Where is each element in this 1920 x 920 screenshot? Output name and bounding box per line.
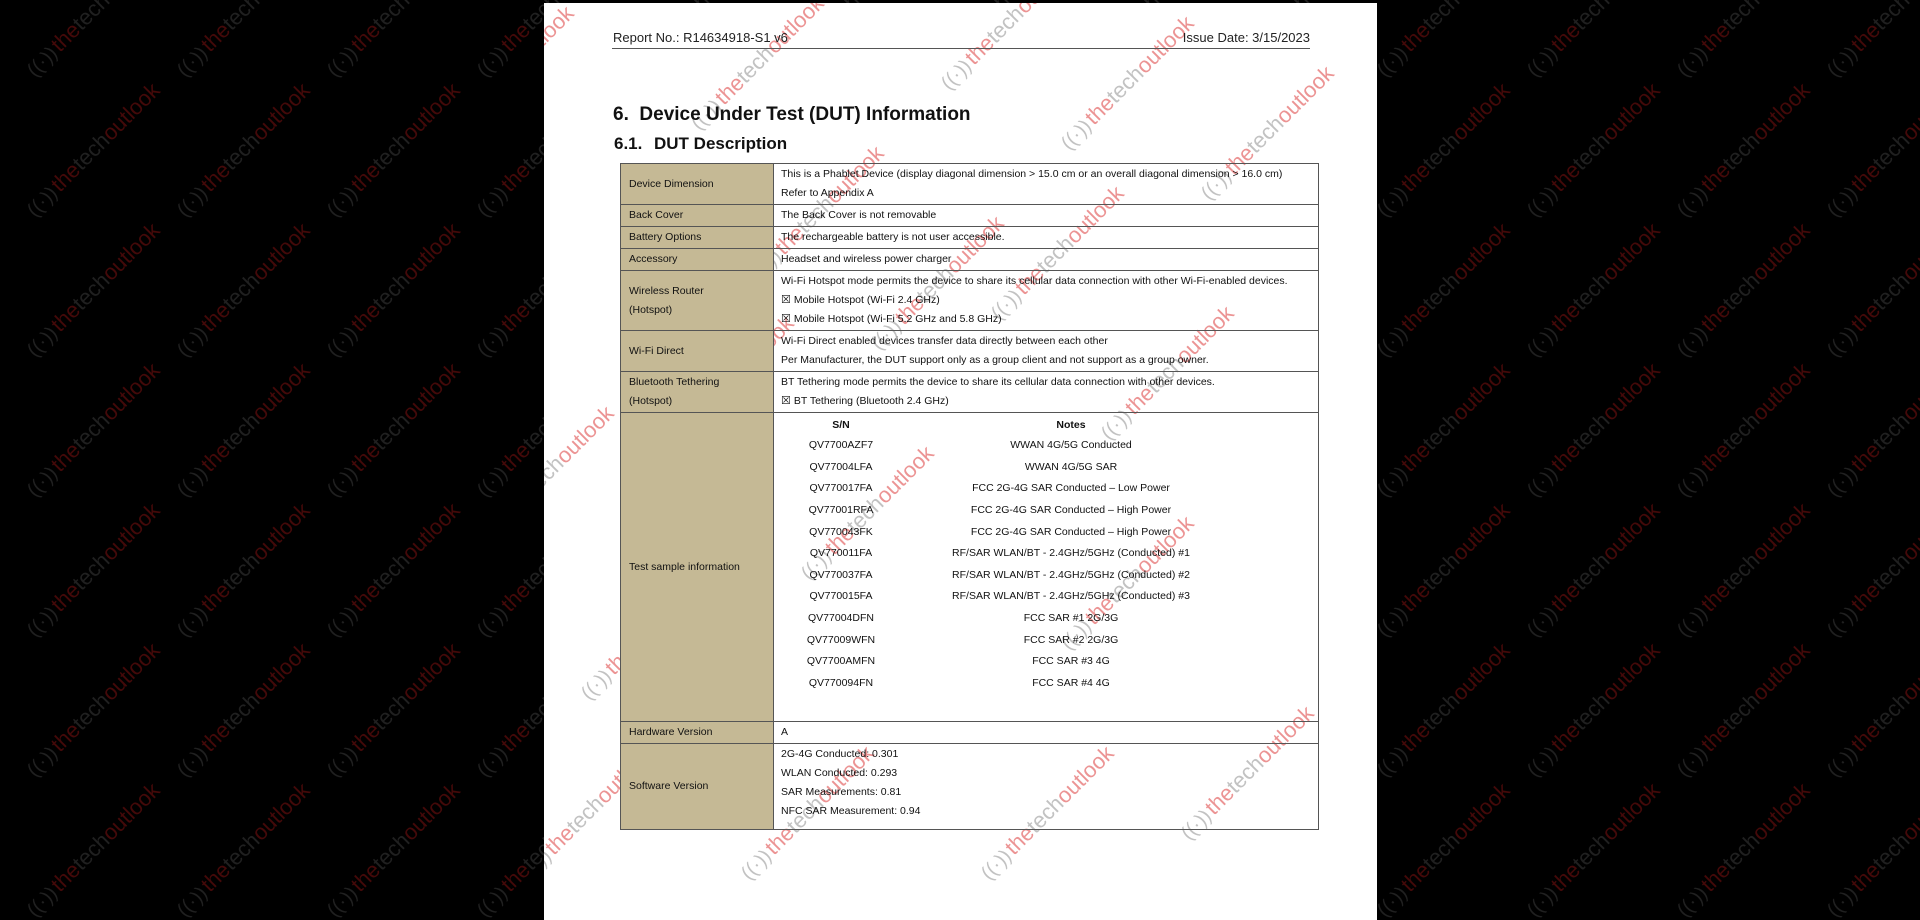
sample-notes: FCC 2G-4G SAR Conducted – Low Power <box>901 478 1311 500</box>
wireless-signal-icon: ((·)) <box>1373 602 1412 641</box>
watermark: ((·))thetechoutlook <box>1371 778 1516 920</box>
wireless-signal-icon: ((·)) <box>323 462 362 501</box>
checkbox-option: ☒Mobile Hotspot (Wi-Fi 5.2 GHz and 5.8 G… <box>781 310 1311 329</box>
wireless-signal-icon: ((·)) <box>1673 42 1712 81</box>
wireless-signal-icon: ((·)) <box>1523 182 1562 221</box>
option-label: BT Tethering (Bluetooth 2.4 GHz) <box>794 395 949 407</box>
sample-table: S/N Notes QV7700AZF7WWAN 4G/5G Conducted… <box>781 416 1311 694</box>
dut-description-table: Device Dimension This is a Phablet Devic… <box>620 163 1319 830</box>
wireless-signal-icon: ((·)) <box>323 322 362 361</box>
column-header-sn: S/N <box>781 416 901 435</box>
sample-sn: QV770037FA <box>781 565 901 587</box>
value-line: Wi-Fi Hotspot mode permits the device to… <box>781 272 1311 291</box>
row-value: S/N Notes QV7700AZF7WWAN 4G/5G Conducted… <box>774 413 1319 722</box>
table-row-battery-options: Battery Options The rechargeable battery… <box>621 227 1319 249</box>
wireless-signal-icon: ((·)) <box>1673 182 1712 221</box>
watermark: ((·))thetechoutlook <box>1671 0 1816 82</box>
sample-sn: QV770015FA <box>781 586 901 608</box>
watermark: ((·))thetechoutlook <box>21 498 166 643</box>
sample-notes: FCC 2G-4G SAR Conducted – High Power <box>901 521 1311 543</box>
watermark: ((·))thetechoutlook <box>1521 0 1666 82</box>
watermark: ((·))thetechoutlook <box>1521 638 1666 783</box>
wireless-signal-icon: ((·)) <box>173 42 212 81</box>
sample-sn: QV7700AMFN <box>781 651 901 673</box>
sample-row: QV770037FARF/SAR WLAN/BT - 2.4GHz/5GHz (… <box>781 565 1311 587</box>
watermark: ((·))thetechoutlook <box>1521 358 1666 503</box>
watermark: ((·))thetechoutlook <box>1371 0 1516 82</box>
sample-sn: QV77004LFA <box>781 457 901 479</box>
value-line: NFC SAR Measurement: 0.94 <box>781 802 1311 821</box>
row-value: BT Tethering mode permits the device to … <box>774 372 1319 413</box>
document-page: ((·))thetechoutlook((·))thetechoutlook((… <box>544 3 1377 920</box>
watermark: ((·))thetechoutlook <box>1371 358 1516 503</box>
value-line: SAR Measurements: 0.81 <box>781 783 1311 802</box>
sample-sn: QV770094FN <box>781 673 901 695</box>
wireless-signal-icon: ((·)) <box>323 42 362 81</box>
sample-notes: RF/SAR WLAN/BT - 2.4GHz/5GHz (Conducted)… <box>901 543 1311 565</box>
watermark: ((·))thetechoutlook <box>1671 498 1816 643</box>
sample-notes: FCC SAR #1 2G/3G <box>901 608 1311 630</box>
wireless-signal-icon: ((·)) <box>1673 742 1712 781</box>
wireless-signal-icon: ((·)) <box>23 462 62 501</box>
watermark: ((·))thetechoutlook <box>21 638 166 783</box>
watermark: ((·))thetechoutlook <box>1521 218 1666 363</box>
value-line: WLAN Conducted: 0.293 <box>781 764 1311 783</box>
column-header-notes: Notes <box>901 416 1311 435</box>
watermark: ((·))thetechoutlook <box>1521 778 1666 920</box>
wireless-signal-icon: ((·)) <box>23 42 62 81</box>
watermark: ((·))thetechoutlook <box>171 638 316 783</box>
table-row-wireless-router: Wireless Router (Hotspot) Wi-Fi Hotspot … <box>621 271 1319 331</box>
watermark: ((·))thetechoutlook <box>1821 778 1920 920</box>
watermark: ((·))thetechoutlook <box>321 358 466 503</box>
wireless-signal-icon: ((·)) <box>1673 462 1712 501</box>
subsection-number: 6.1. <box>614 134 654 154</box>
row-label: Wireless Router (Hotspot) <box>621 271 774 331</box>
watermark: ((·))thetechoutlook <box>1521 78 1666 223</box>
sample-row: QV770043FKFCC 2G-4G SAR Conducted – High… <box>781 521 1311 543</box>
issue-date: Issue Date: 3/15/2023 <box>1183 30 1310 45</box>
wireless-signal-icon: ((·)) <box>1673 322 1712 361</box>
watermark: ((·))thetechoutlook <box>321 218 466 363</box>
row-label: Device Dimension <box>621 164 774 205</box>
checkbox-option: ☒Mobile Hotspot (Wi-Fi 2.4 GHz) <box>781 291 1311 310</box>
sample-notes: FCC SAR #4 4G <box>901 673 1311 695</box>
label-line: Bluetooth Tethering <box>629 373 765 392</box>
sample-row: QV770011FARF/SAR WLAN/BT - 2.4GHz/5GHz (… <box>781 543 1311 565</box>
table-row-accessory: Accessory Headset and wireless power cha… <box>621 249 1319 271</box>
row-label: Accessory <box>621 249 774 271</box>
option-label: Mobile Hotspot (Wi-Fi 2.4 GHz) <box>794 294 940 306</box>
wireless-signal-icon: ((·)) <box>173 742 212 781</box>
sample-notes: RF/SAR WLAN/BT - 2.4GHz/5GHz (Conducted)… <box>901 586 1311 608</box>
wireless-signal-icon: ((·)) <box>473 742 512 781</box>
watermark: ((·))thetechoutlook <box>1671 218 1816 363</box>
watermark: ((·))thetechoutlook <box>321 778 466 920</box>
watermark: ((·))thetechoutlook <box>21 0 166 82</box>
watermark: ((·))thetechoutlook <box>171 778 316 920</box>
wireless-signal-icon: ((·)) <box>473 882 512 920</box>
watermark: ((·))thetechoutlook <box>321 498 466 643</box>
sample-table-header: S/N Notes <box>781 416 1311 435</box>
watermark: ((·))thetechoutlook <box>1371 78 1516 223</box>
wireless-signal-icon: ((·)) <box>1823 182 1862 221</box>
wireless-signal-icon: ((·)) <box>23 322 62 361</box>
watermark: ((·))thetechoutlook <box>1371 498 1516 643</box>
row-label: Test sample information <box>621 413 774 722</box>
watermark: ((·))thetechoutlook <box>171 218 316 363</box>
watermark: ((·))thetechoutlook <box>1671 78 1816 223</box>
wireless-signal-icon: ((·)) <box>173 602 212 641</box>
watermark: ((·))thetechoutlook <box>1821 0 1920 82</box>
label-line: Wireless Router <box>629 282 765 301</box>
table-row-hardware-version: Hardware Version A <box>621 722 1319 744</box>
row-label: Back Cover <box>621 205 774 227</box>
watermark: ((·))thetechoutlook <box>21 358 166 503</box>
watermark: ((·))thetechoutlook <box>171 78 316 223</box>
watermark: ((·))thetechoutlook <box>21 778 166 920</box>
sample-row: QV770017FAFCC 2G-4G SAR Conducted – Low … <box>781 478 1311 500</box>
wireless-signal-icon: ((·)) <box>1823 322 1862 361</box>
row-value: Wi-Fi Direct enabled devices transfer da… <box>774 331 1319 372</box>
row-value: Headset and wireless power charger <box>774 249 1319 271</box>
wireless-signal-icon: ((·)) <box>1523 322 1562 361</box>
table-row-wifi-direct: Wi-Fi Direct Wi-Fi Direct enabled device… <box>621 331 1319 372</box>
row-value: A <box>774 722 1319 744</box>
watermark: ((·))thetechoutlook <box>1821 358 1920 503</box>
wireless-signal-icon: ((·)) <box>1523 602 1562 641</box>
watermark: ((·))thetechoutlook <box>321 0 466 82</box>
sample-notes: WWAN 4G/5G SAR <box>901 457 1311 479</box>
sample-sn: QV770017FA <box>781 478 901 500</box>
value-line: Refer to Appendix A <box>781 184 1311 203</box>
wireless-signal-icon: ((·)) <box>473 462 512 501</box>
wireless-signal-icon: ((·)) <box>323 602 362 641</box>
wireless-signal-icon: ((·)) <box>1373 742 1412 781</box>
sample-row: QV770094FNFCC SAR #4 4G <box>781 673 1311 695</box>
row-label: Wi-Fi Direct <box>621 331 774 372</box>
sample-sn: QV77004DFN <box>781 608 901 630</box>
value-line: Wi-Fi Direct enabled devices transfer da… <box>781 332 1311 351</box>
table-row-bluetooth-tethering: Bluetooth Tethering (Hotspot) BT Tetheri… <box>621 372 1319 413</box>
sample-notes: FCC 2G-4G SAR Conducted – High Power <box>901 500 1311 522</box>
sample-row: QV7700AZF7WWAN 4G/5G Conducted <box>781 435 1311 457</box>
wireless-signal-icon: ((·)) <box>173 322 212 361</box>
value-line: 2G-4G Conducted: 0.301 <box>781 745 1311 764</box>
wireless-signal-icon: ((·)) <box>23 742 62 781</box>
row-label: Software Version <box>621 744 774 830</box>
label-line: (Hotspot) <box>629 301 765 320</box>
label-line: (Hotspot) <box>629 392 765 411</box>
sample-notes: FCC SAR #2 2G/3G <box>901 629 1311 651</box>
row-label: Bluetooth Tethering (Hotspot) <box>621 372 774 413</box>
wireless-signal-icon: ((·)) <box>1673 602 1712 641</box>
option-label: Mobile Hotspot (Wi-Fi 5.2 GHz and 5.8 GH… <box>794 313 1002 325</box>
wireless-signal-icon: ((·)) <box>23 182 62 221</box>
row-label: Battery Options <box>621 227 774 249</box>
row-label: Hardware Version <box>621 722 774 744</box>
table-row-software-version: Software Version 2G-4G Conducted: 0.301 … <box>621 744 1319 830</box>
watermark: ((·))thetechoutlook <box>321 78 466 223</box>
row-value: 2G-4G Conducted: 0.301 WLAN Conducted: 0… <box>774 744 1319 830</box>
sample-sn: QV77009WFN <box>781 629 901 651</box>
wireless-signal-icon: ((·)) <box>473 182 512 221</box>
sample-row: QV770015FARF/SAR WLAN/BT - 2.4GHz/5GHz (… <box>781 586 1311 608</box>
watermark: ((·))thetechoutlook <box>1821 218 1920 363</box>
watermark: ((·))thetechoutlook <box>1521 498 1666 643</box>
wireless-signal-icon: ((·)) <box>173 882 212 920</box>
sample-sn: QV77001RFA <box>781 500 901 522</box>
watermark: ((·))thetechoutlook <box>21 218 166 363</box>
wireless-signal-icon: ((·)) <box>473 602 512 641</box>
table-row-test-sample: Test sample information S/N Notes QV7700… <box>621 413 1319 722</box>
wireless-signal-icon: ((·)) <box>1523 882 1562 920</box>
checkbox-option: ☒BT Tethering (Bluetooth 2.4 GHz) <box>781 392 1311 411</box>
wireless-signal-icon: ((·)) <box>1823 742 1862 781</box>
watermark: ((·))thetechoutlook <box>1371 218 1516 363</box>
watermark: ((·))thetechoutlook <box>171 498 316 643</box>
row-value: Wi-Fi Hotspot mode permits the device to… <box>774 271 1319 331</box>
sample-notes: FCC SAR #3 4G <box>901 651 1311 673</box>
watermark: ((·))thetechoutlook <box>1821 78 1920 223</box>
wireless-signal-icon: ((·)) <box>1523 742 1562 781</box>
sample-notes: RF/SAR WLAN/BT - 2.4GHz/5GHz (Conducted)… <box>901 565 1311 587</box>
checked-box-icon: ☒ <box>781 313 791 325</box>
wireless-signal-icon: ((·)) <box>1823 462 1862 501</box>
sample-sn: QV770011FA <box>781 543 901 565</box>
watermark: ((·))thetechoutlook <box>171 358 316 503</box>
wireless-signal-icon: ((·)) <box>1373 462 1412 501</box>
wireless-signal-icon: ((·)) <box>1823 602 1862 641</box>
sample-row: QV7700AMFNFCC SAR #3 4G <box>781 651 1311 673</box>
watermark: ((·))thetechoutlook <box>1371 638 1516 783</box>
sample-row: QV77004LFAWWAN 4G/5G SAR <box>781 457 1311 479</box>
watermark: ((·))thetechoutlook <box>1821 638 1920 783</box>
sample-row: QV77009WFNFCC SAR #2 2G/3G <box>781 629 1311 651</box>
wireless-signal-icon: ((·)) <box>323 742 362 781</box>
value-line: Per Manufacturer, the DUT support only a… <box>781 351 1311 370</box>
wireless-signal-icon: ((·)) <box>1523 42 1562 81</box>
table-row-back-cover: Back Cover The Back Cover is not removab… <box>621 205 1319 227</box>
header-divider <box>612 48 1310 49</box>
wireless-signal-icon: ((·)) <box>1673 882 1712 920</box>
value-line: This is a Phablet Device (display diagon… <box>781 165 1311 184</box>
watermark: ((·))thetechoutlook <box>321 638 466 783</box>
table-row-device-dimension: Device Dimension This is a Phablet Devic… <box>621 164 1319 205</box>
row-value: This is a Phablet Device (display diagon… <box>774 164 1319 205</box>
sample-row: QV77001RFAFCC 2G-4G SAR Conducted – High… <box>781 500 1311 522</box>
wireless-signal-icon: ((·)) <box>1523 462 1562 501</box>
sample-notes: WWAN 4G/5G Conducted <box>901 435 1311 457</box>
row-value: The Back Cover is not removable <box>774 205 1319 227</box>
wireless-signal-icon: ((·)) <box>1373 42 1412 81</box>
wireless-signal-icon: ((·)) <box>23 602 62 641</box>
watermark: ((·))thetechoutlook <box>171 0 316 82</box>
watermark: ((·))thetechoutlook <box>21 78 166 223</box>
checked-box-icon: ☒ <box>781 294 791 306</box>
report-number: Report No.: R14634918-S1 v6 <box>613 30 788 45</box>
subsection-title: 6.1.DUT Description <box>614 134 787 154</box>
wireless-signal-icon: ((·)) <box>1373 182 1412 221</box>
watermark: ((·))thetechoutlook <box>1671 358 1816 503</box>
wireless-signal-icon: ((·)) <box>1373 882 1412 920</box>
wireless-signal-icon: ((·)) <box>473 322 512 361</box>
row-value: The rechargeable battery is not user acc… <box>774 227 1319 249</box>
wireless-signal-icon: ((·)) <box>473 42 512 81</box>
wireless-signal-icon: ((·)) <box>1823 882 1862 920</box>
wireless-signal-icon: ((·)) <box>173 182 212 221</box>
watermark: ((·))thetechoutlook <box>1671 638 1816 783</box>
watermark: ((·))thetechoutlook <box>1821 498 1920 643</box>
watermark: ((·))thetechoutlook <box>1671 778 1816 920</box>
wireless-signal-icon: ((·)) <box>23 882 62 920</box>
wireless-signal-icon: ((·)) <box>1373 322 1412 361</box>
sample-sn: QV770043FK <box>781 521 901 543</box>
wireless-signal-icon: ((·)) <box>323 882 362 920</box>
wireless-signal-icon: ((·)) <box>323 182 362 221</box>
sample-sn: QV7700AZF7 <box>781 435 901 457</box>
sample-row: QV77004DFNFCC SAR #1 2G/3G <box>781 608 1311 630</box>
value-line: BT Tethering mode permits the device to … <box>781 373 1311 392</box>
checked-box-icon: ☒ <box>781 395 791 407</box>
wireless-signal-icon: ((·)) <box>1823 42 1862 81</box>
subsection-label: DUT Description <box>654 134 787 153</box>
wireless-signal-icon: ((·)) <box>173 462 212 501</box>
section-title: 6. Device Under Test (DUT) Information <box>613 104 971 126</box>
